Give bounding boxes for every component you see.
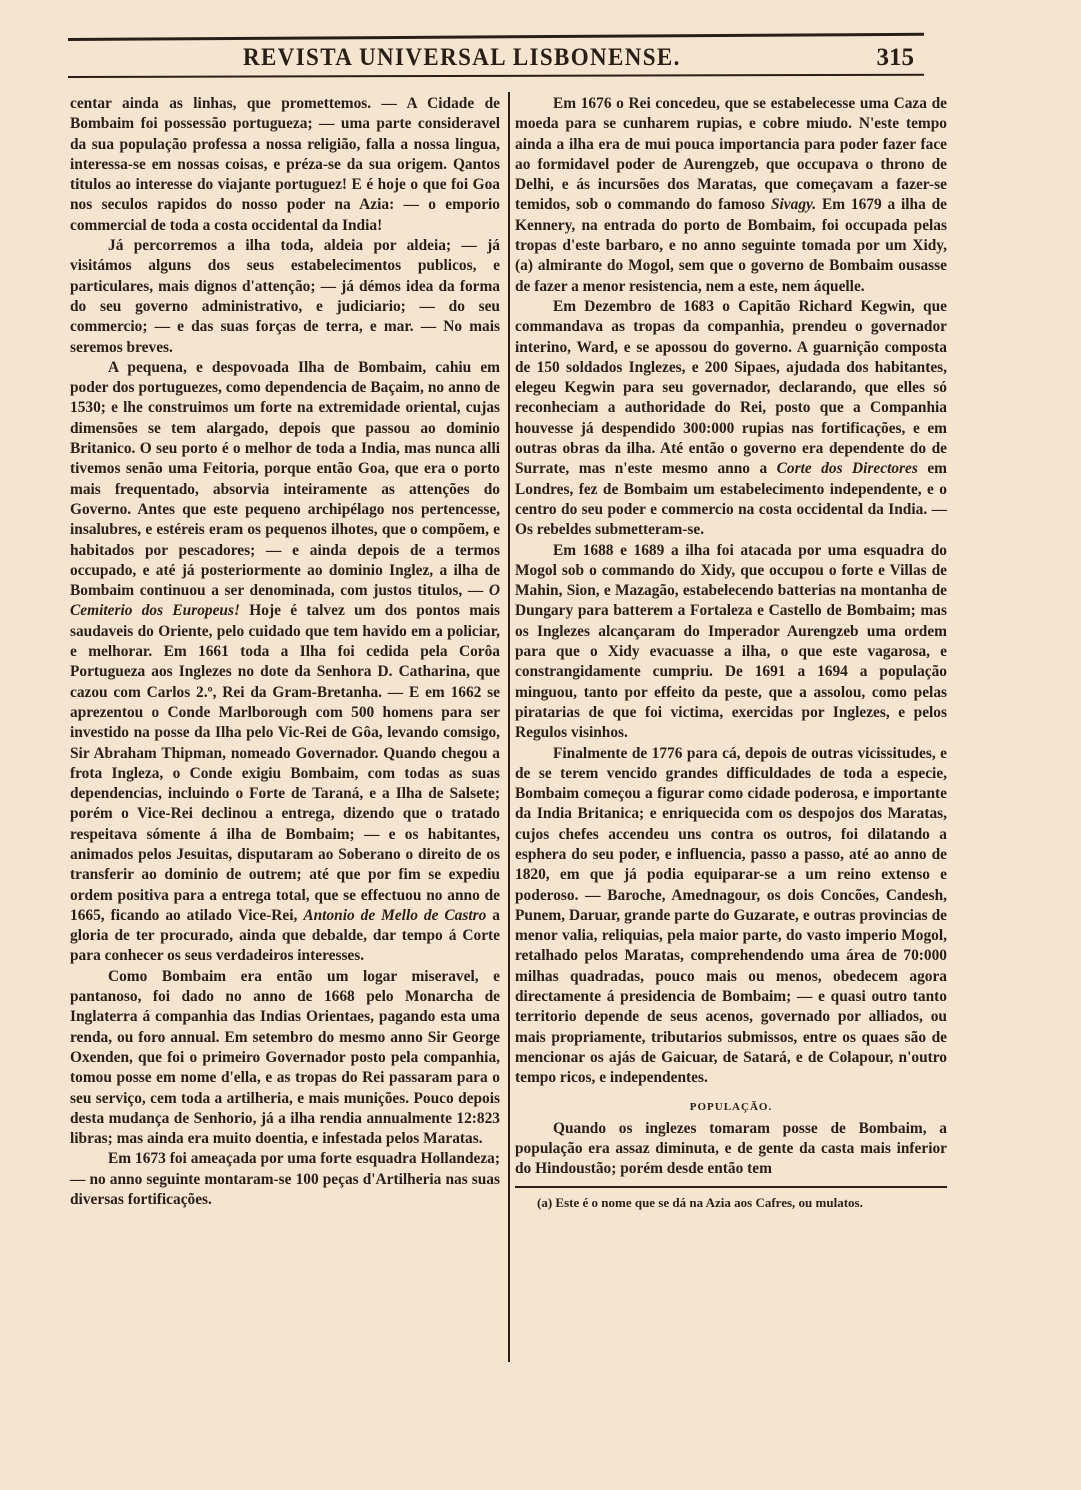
left-column: centar ainda as linhas, que promettemos.… [70, 94, 500, 1210]
paragraph: Já percorremos a ilha toda, aldeia por a… [70, 236, 500, 358]
paragraph: Quando os inglezes tomaram posse de Bomb… [515, 1119, 947, 1180]
paragraph: Em 1688 e 1689 a ilha foi atacada por um… [515, 541, 947, 744]
footnote-rule [515, 1186, 947, 1188]
italic-name: Antonio de Mello de Castro [303, 907, 486, 924]
running-header: REVISTA UNIVERSAL LISBONENSE. 315 [68, 44, 924, 74]
paragraph: Como Bombaim era então um logar miserave… [70, 967, 500, 1150]
paragraph: Finalmente de 1776 para cá, depois de ou… [515, 744, 947, 1089]
paragraph: centar ainda as linhas, que promettemos.… [70, 94, 500, 236]
column-divider [508, 92, 510, 1362]
journal-title: REVISTA UNIVERSAL LISBONENSE. [243, 44, 681, 72]
paragraph: Em 1676 o Rei concedeu, que se estabelec… [515, 94, 947, 297]
header-bottom-rule [68, 74, 924, 78]
right-column: Em 1676 o Rei concedeu, que se estabelec… [515, 94, 947, 1212]
page-number: 315 [877, 44, 915, 72]
italic-name: Sivagy. [771, 196, 816, 213]
paragraph: A pequena, e despovoada Ilha de Bombaim,… [70, 358, 500, 967]
section-heading: POPULAÇÃO. [515, 1097, 947, 1117]
paragraph: Em Dezembro de 1683 o Capitão Richard Ke… [515, 297, 947, 541]
paragraph: Em 1673 foi ameaçada por uma forte esqua… [70, 1149, 500, 1210]
italic-phrase: Corte dos Directores [777, 460, 918, 477]
document-page: REVISTA UNIVERSAL LISBONENSE. 315 centar… [0, 0, 1081, 1490]
header-top-rule [68, 33, 924, 41]
footnote: (a) Este é o nome que se dá na Azia aos … [515, 1194, 947, 1212]
